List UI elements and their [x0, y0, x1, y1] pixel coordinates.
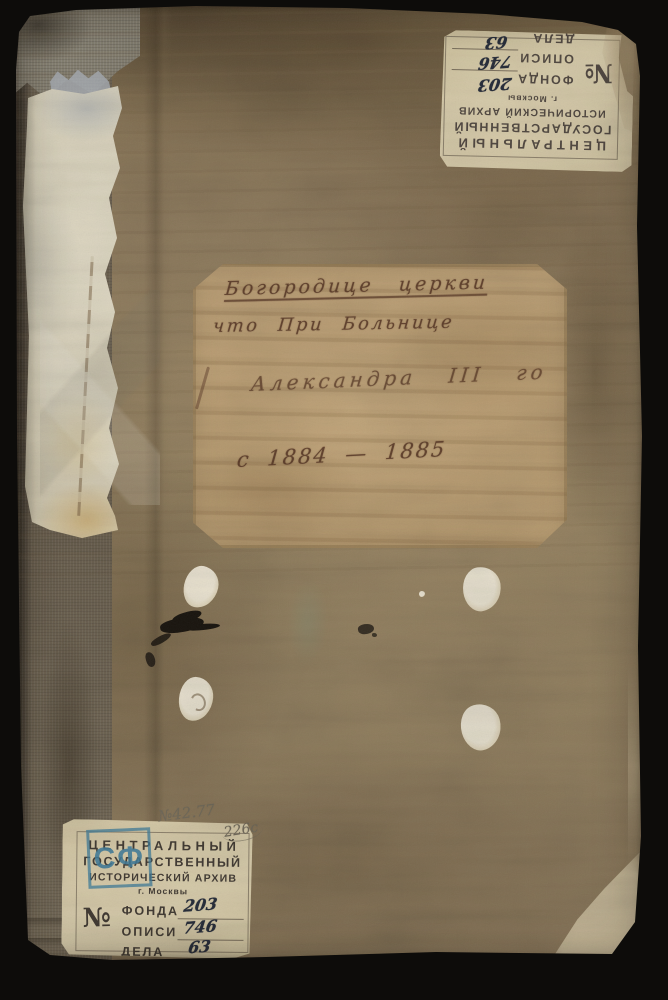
paper-tear-crack: [77, 256, 94, 516]
stamp-org-line-4: г. Москвы: [138, 886, 188, 897]
opis-value: 746: [477, 52, 513, 73]
title-line-3: Александра III го: [250, 360, 548, 397]
worn-right-edge: [628, 666, 642, 866]
title-line-1: Богородице церкви: [224, 272, 489, 300]
damage-dot: [419, 591, 425, 597]
small-fleck: [372, 633, 377, 637]
damage-spot: [456, 700, 507, 755]
stamp-org-line-4: г. Москвы: [507, 93, 557, 104]
stamp-number-sign: №: [82, 903, 111, 934]
archive-label-bottom: ЦЕНТРАЛЬНЫЙ ГОСУДАРСТВЕННЫЙ ИСТОРИЧЕСКИЙ…: [61, 819, 252, 959]
damage-spot: [460, 565, 504, 614]
title-label: Богородице церкви что При Больнице Алекс…: [193, 264, 567, 548]
title-line-2: что При Больнице: [212, 312, 455, 337]
delo-underline: [453, 28, 519, 30]
opis-row-label: ОПИСИ: [121, 925, 177, 940]
book-cover: Богородице церкви что При Больнице Алекс…: [16, 6, 642, 960]
fond-row-label: ФОНДА: [516, 72, 574, 87]
fond-row-label: ФОНДА: [122, 904, 180, 919]
delo-row-label: ДЕЛА: [531, 31, 574, 46]
delo-value: 63: [187, 936, 212, 957]
blue-ink-stamp: СФ: [86, 827, 152, 889]
pencil-note-pages: 226с: [221, 819, 264, 844]
cover-green-stain: [280, 566, 336, 678]
damage-spot-mark: [188, 691, 208, 713]
title-line-4: с 1884 — 1885: [236, 437, 448, 472]
opis-row-label: ОПИСИ: [518, 51, 574, 66]
fond-value: 203: [477, 74, 513, 95]
damage-spot: [177, 676, 215, 723]
damage-spot: [180, 563, 222, 611]
opis-value: 746: [182, 916, 218, 938]
photo-backdrop: Богородице церкви что При Больнице Алекс…: [0, 0, 668, 1000]
torn-paper-strip: [22, 86, 126, 538]
stray-pen-stroke: [195, 366, 210, 409]
fond-value: 203: [183, 894, 219, 916]
worn-corner-bottom-right: [544, 850, 642, 962]
delo-underline: [177, 959, 243, 961]
delo-value: 63: [484, 32, 509, 53]
